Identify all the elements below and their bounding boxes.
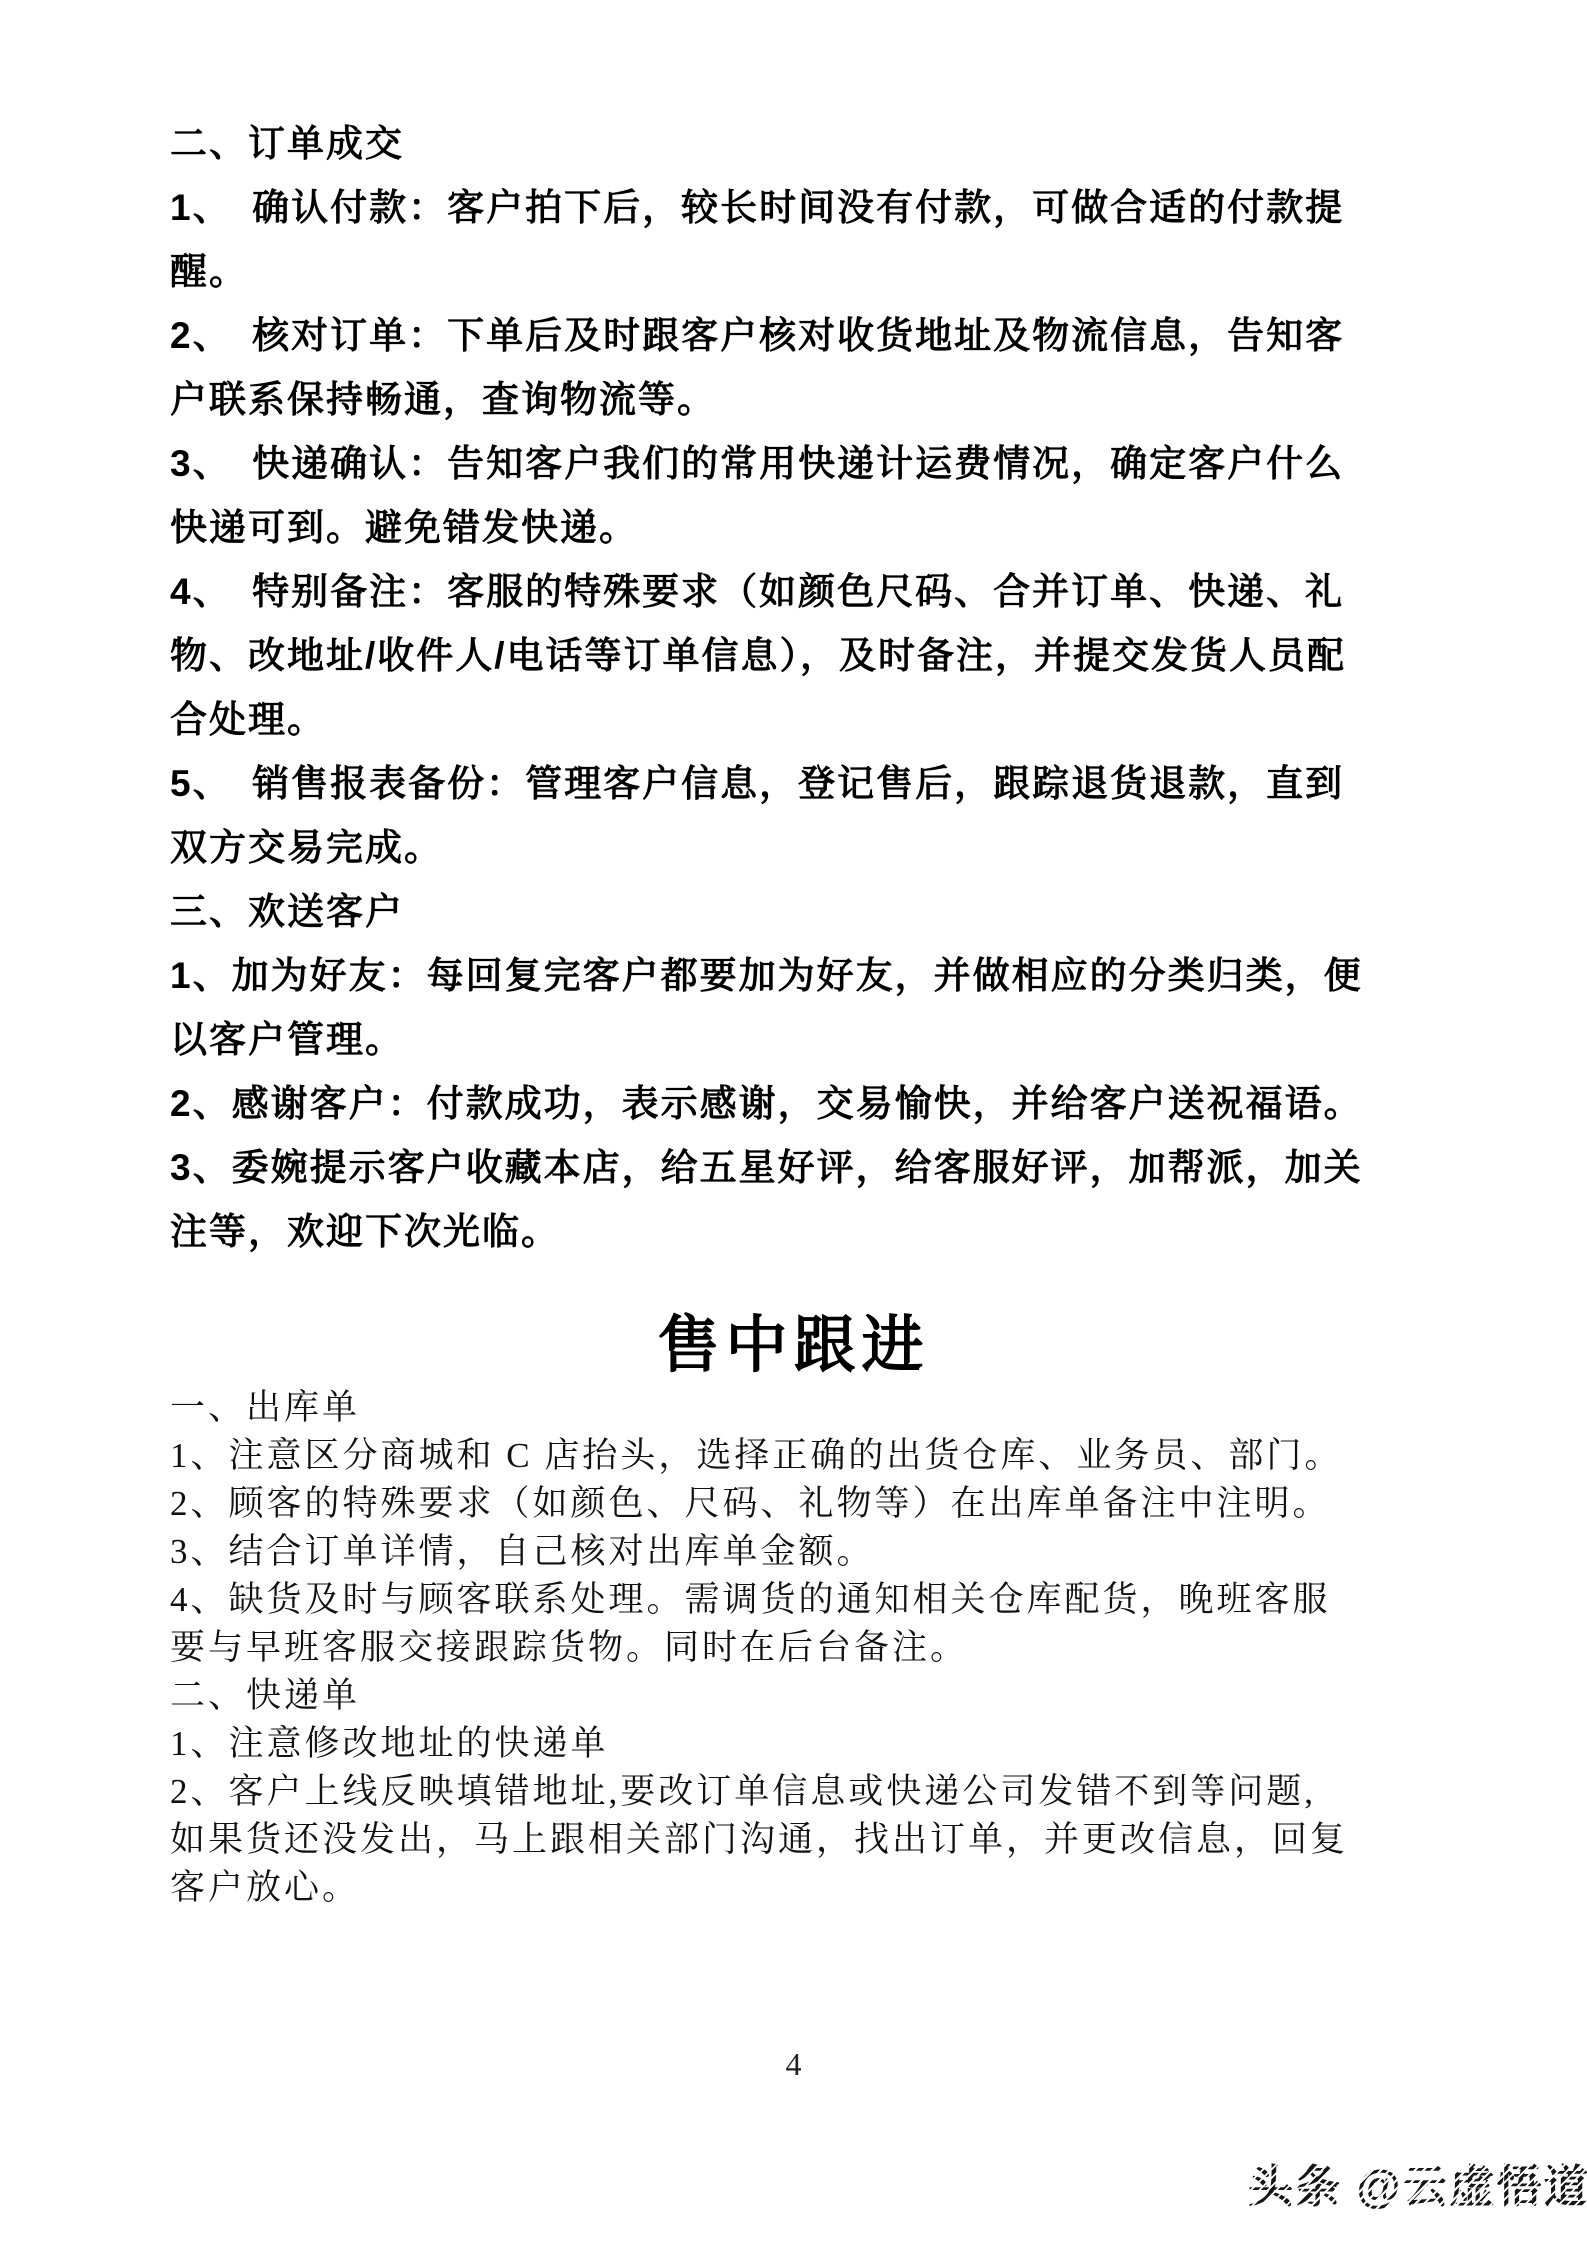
text-line: 户联系保持畅通，查询物流等。 [170,368,1440,432]
text-line: 5、 销售报表备份：管理客户信息，登记售后，跟踪退货退款，直到 [170,752,1440,816]
text-line: 二、快递单 [170,1672,1450,1720]
text-line: 3、 快递确认：告知客户我们的常用快递计运费情况，确定客户什么 [170,432,1440,496]
text-line: 3、委婉提示客户收藏本店，给五星好评，给客服好评，加帮派，加关 [170,1136,1440,1200]
text-line: 2、客户上线反映填错地址,要改订单信息或快递公司发错不到等问题, [170,1768,1450,1816]
text-line: 客户放心。 [170,1864,1450,1912]
text-line: 要与早班客服交接跟踪货物。同时在后台备注。 [170,1624,1450,1672]
chapter-heading: 售中跟进 [0,1308,1587,1384]
text-line: 如果货还没发出，马上跟相关部门沟通，找出订单，并更改信息，回复 [170,1816,1450,1864]
watermark: 头条 @云虚悟道 [1248,2160,1587,2214]
text-line: 醒。 [170,240,1440,304]
text-line: 合处理。 [170,688,1440,752]
text-line: 三、欢送客户 [170,880,1440,944]
section-order-completion: 二、订单成交 1、 确认付款：客户拍下后，较长时间没有付款，可做合适的付款提 醒… [170,112,1440,1264]
text-line: 1、 确认付款：客户拍下后，较长时间没有付款，可做合适的付款提 [170,176,1440,240]
text-line: 一、出库单 [170,1384,1450,1432]
text-line: 物、改地址/收件人/电话等订单信息），及时备注，并提交发货人员配 [170,624,1440,688]
page-number: 4 [0,2046,1587,2082]
text-line: 2、 核对订单：下单后及时跟客户核对收货地址及物流信息，告知客 [170,304,1440,368]
text-line: 注等，欢迎下次光临。 [170,1200,1440,1264]
section-mid-sale-followup: 一、出库单 1、注意区分商城和 C 店抬头，选择正确的出货仓库、业务员、部门。 … [170,1384,1450,1912]
text-line: 双方交易完成。 [170,816,1440,880]
text-line: 快递可到。避免错发快递。 [170,496,1440,560]
text-line: 1、注意区分商城和 C 店抬头，选择正确的出货仓库、业务员、部门。 [170,1432,1450,1480]
text-line: 2、感谢客户：付款成功，表示感谢，交易愉快，并给客户送祝福语。 [170,1072,1440,1136]
text-line: 2、顾客的特殊要求（如颜色、尺码、礼物等）在出库单备注中注明。 [170,1480,1450,1528]
text-line: 3、结合订单详情，自己核对出库单金额。 [170,1528,1450,1576]
text-line: 以客户管理。 [170,1008,1440,1072]
text-line: 1、注意修改地址的快递单 [170,1720,1450,1768]
text-line: 1、加为好友：每回复完客户都要加为好友，并做相应的分类归类，便 [170,944,1440,1008]
text-line: 4、 特别备注：客服的特殊要求（如颜色尺码、合并订单、快递、礼 [170,560,1440,624]
text-line: 二、订单成交 [170,112,1440,176]
text-line: 4、缺货及时与顾客联系处理。需调货的通知相关仓库配货，晚班客服 [170,1576,1450,1624]
document-page: 二、订单成交 1、 确认付款：客户拍下后，较长时间没有付款，可做合适的付款提 醒… [0,0,1587,2245]
